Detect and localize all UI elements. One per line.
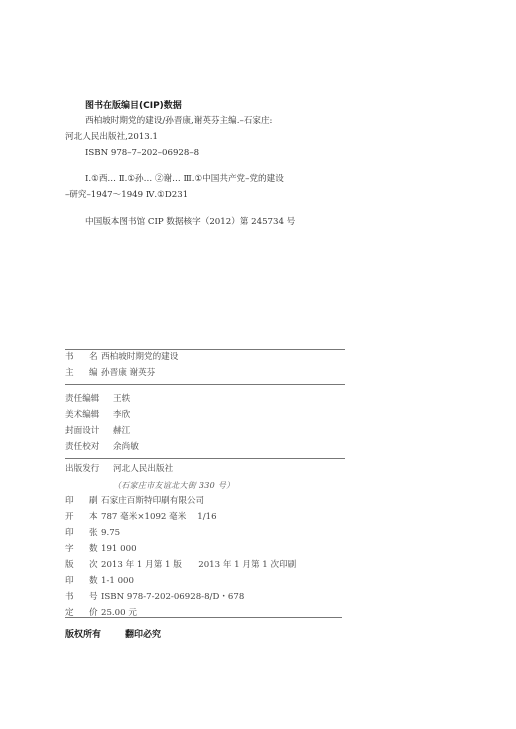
- spec-row: 书号ISBN 978-7-202-06928-8/D・678: [65, 592, 244, 603]
- label: 主: [65, 368, 89, 379]
- label: 数: [89, 544, 98, 554]
- book-title-row: 书名西柏坡时期党的建设: [65, 352, 178, 363]
- divider-editors: [65, 458, 345, 459]
- cip-verification: 中国版本图书馆 CIP 数据核字（2012）第 245734 号: [85, 217, 295, 228]
- divider-top: [65, 349, 345, 350]
- label: 名: [89, 352, 98, 362]
- editor-row: 美术编辑李欣: [65, 410, 130, 421]
- cip-title: 图书在版编目(CIP)数据: [85, 98, 182, 111]
- spec-row: 印刷石家庄百斯特印刷有限公司: [65, 496, 204, 507]
- cip-subject-1: Ⅰ.①西… Ⅱ.①孙… ②谢… Ⅲ.①中国共产党–党的建设: [85, 174, 284, 185]
- label: 版: [65, 560, 89, 571]
- label: 次: [89, 560, 98, 570]
- cip-isbn: ISBN 978–7–202–06928–8: [85, 148, 199, 159]
- label: 封面设计: [65, 426, 113, 437]
- chief-editor-row: 主编孙晋康 谢英芬: [65, 368, 155, 379]
- spec-row: 字数191 000: [65, 544, 137, 555]
- label: 出版发行: [65, 464, 113, 475]
- label: 印: [65, 528, 89, 539]
- label: 开: [65, 512, 89, 523]
- label: 责任校对: [65, 442, 113, 453]
- value: ISBN 978-7-202-06928-8/D・678: [101, 592, 244, 603]
- label: 书: [65, 352, 89, 363]
- book-title: 西柏坡时期党的建设: [101, 352, 178, 363]
- address: （石家庄市友谊北大街 330 号）: [113, 481, 234, 490]
- editor-row: 责任校对余尚敏: [65, 442, 139, 453]
- label: 字: [65, 544, 89, 555]
- publisher: 河北人民出版社: [113, 464, 173, 475]
- label: 张: [89, 528, 98, 538]
- label: 数: [89, 576, 98, 586]
- value: 1-1 000: [101, 576, 134, 587]
- copyright-notice: 版权所有翻印必究: [65, 627, 161, 640]
- label: 编: [89, 368, 98, 378]
- spec-row: 版次2013 年 1 月第 1 版 2013 年 1 月第 1 次印刷: [65, 560, 296, 571]
- editor-row: 责任编辑王轶: [65, 394, 130, 405]
- cip-line-2: 河北人民出版社,2013.1: [65, 132, 158, 143]
- value: 9.75: [101, 528, 120, 539]
- label: 印: [65, 576, 89, 587]
- chief-editors: 孙晋康 谢英芬: [101, 368, 155, 379]
- publisher-address: （石家庄市友谊北大街 330 号）: [113, 480, 234, 491]
- label: 书: [65, 592, 89, 603]
- value: 余尚敏: [113, 442, 139, 453]
- value: 191 000: [101, 544, 137, 555]
- label: 责任编辑: [65, 394, 113, 405]
- value: 王轶: [113, 394, 130, 405]
- value: 石家庄百斯特印刷有限公司: [101, 496, 204, 507]
- label: 美术编辑: [65, 410, 113, 421]
- label: 本: [89, 512, 98, 522]
- piracy-warning: 翻印必究: [125, 630, 161, 640]
- spec-row: 印张9.75: [65, 528, 120, 539]
- value: 李欣: [113, 410, 130, 421]
- value: 2013 年 1 月第 1 版 2013 年 1 月第 1 次印刷: [101, 560, 296, 571]
- cip-line-1: 西柏坡时期党的建设/孙晋康,谢英芬主编.–石家庄:: [85, 116, 272, 127]
- publisher-row: 出版发行河北人民出版社: [65, 464, 173, 475]
- spec-row: 印数1-1 000: [65, 576, 134, 587]
- divider-book-info: [65, 384, 345, 385]
- label: 印: [65, 496, 89, 507]
- divider-bottom: [65, 617, 342, 618]
- cip-subject-2: –研究–1947～1949 Ⅳ.①D231: [65, 190, 188, 201]
- spec-row: 开本787 毫米×1092 毫米 1/16: [65, 512, 217, 523]
- rights-reserved: 版权所有: [65, 630, 101, 640]
- value: 赫江: [113, 426, 130, 437]
- label: 号: [89, 592, 98, 602]
- label: 刷: [89, 496, 98, 506]
- editor-row: 封面设计赫江: [65, 426, 130, 437]
- value: 787 毫米×1092 毫米 1/16: [101, 512, 217, 523]
